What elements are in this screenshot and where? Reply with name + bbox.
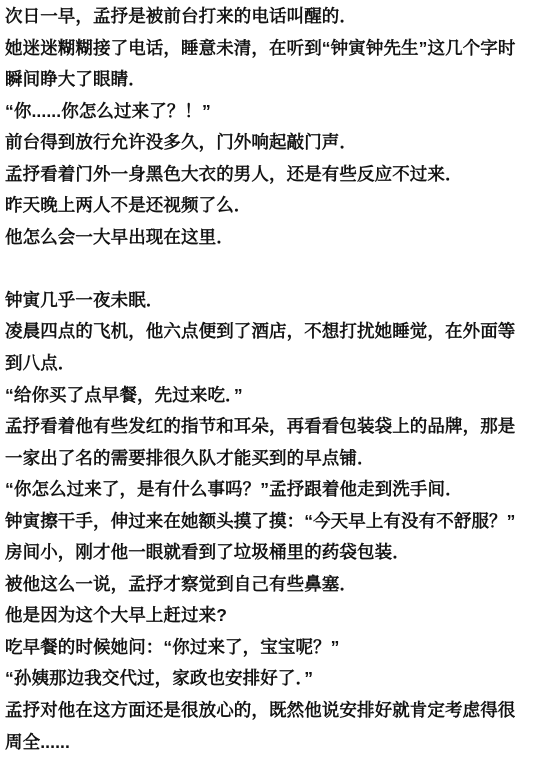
text-line: 昨天晚上两人不是还视频了么． — [5, 190, 552, 222]
blank-line — [5, 253, 552, 285]
text-line: 一家出了名的需要排很久队才能买到的早点铺． — [5, 443, 552, 475]
text-line: “孙姨那边我交代过，家政也安排好了．” — [5, 663, 552, 695]
text-line: 钟寅几乎一夜未眠． — [5, 285, 552, 317]
text-line: 孟抒对他在这方面还是很放心的，既然他说安排好就肯定考虑得很 — [5, 695, 552, 727]
reader-page: 次日一早，孟抒是被前台打来的电话叫醒的． 她迷迷糊糊接了电话，睡意未清，在听到“… — [0, 0, 560, 758]
text-line: 她迷迷糊糊接了电话，睡意未清，在听到“钟寅钟先生”这几个字时 — [5, 33, 552, 65]
text-line: 孟抒看着门外一身黑色大衣的男人，还是有些反应不过来． — [5, 159, 552, 191]
text-line: 瞬间睁大了眼睛． — [5, 64, 552, 96]
text-line: “你......你怎么过来了？！” — [5, 96, 552, 128]
text-line: 凌晨四点的飞机，他六点便到了酒店，不想打扰她睡觉，在外面等 — [5, 316, 552, 348]
text-line: “给你买了点早餐，先过来吃．” — [5, 380, 552, 412]
text-line: 次日一早，孟抒是被前台打来的电话叫醒的． — [5, 1, 552, 33]
text-line: 周全...... — [5, 727, 552, 758]
text-line: 孟抒看着他有些发红的指节和耳朵，再看看包装袋上的品牌，那是 — [5, 411, 552, 443]
text-line: 钟寅擦干手，伸过来在她额头摸了摸：“今天早上有没有不舒服？” — [5, 506, 552, 538]
text-line: 房间小，刚才他一眼就看到了垃圾桶里的药袋包装． — [5, 537, 552, 569]
text-line: 他怎么会一大早出现在这里． — [5, 222, 552, 254]
text-line: 他是因为这个大早上赶过来? — [5, 600, 552, 632]
text-line: 到八点． — [5, 348, 552, 380]
text-line: 被他这么一说，孟抒才察觉到自己有些鼻塞． — [5, 569, 552, 601]
text-line: 前台得到放行允许没多久，门外响起敲门声． — [5, 127, 552, 159]
text-line: 吃早餐的时候她问：“你过来了，宝宝呢？” — [5, 632, 552, 664]
text-line: “你怎么过来了，是有什么事吗？”孟抒跟着他走到洗手间． — [5, 474, 552, 506]
